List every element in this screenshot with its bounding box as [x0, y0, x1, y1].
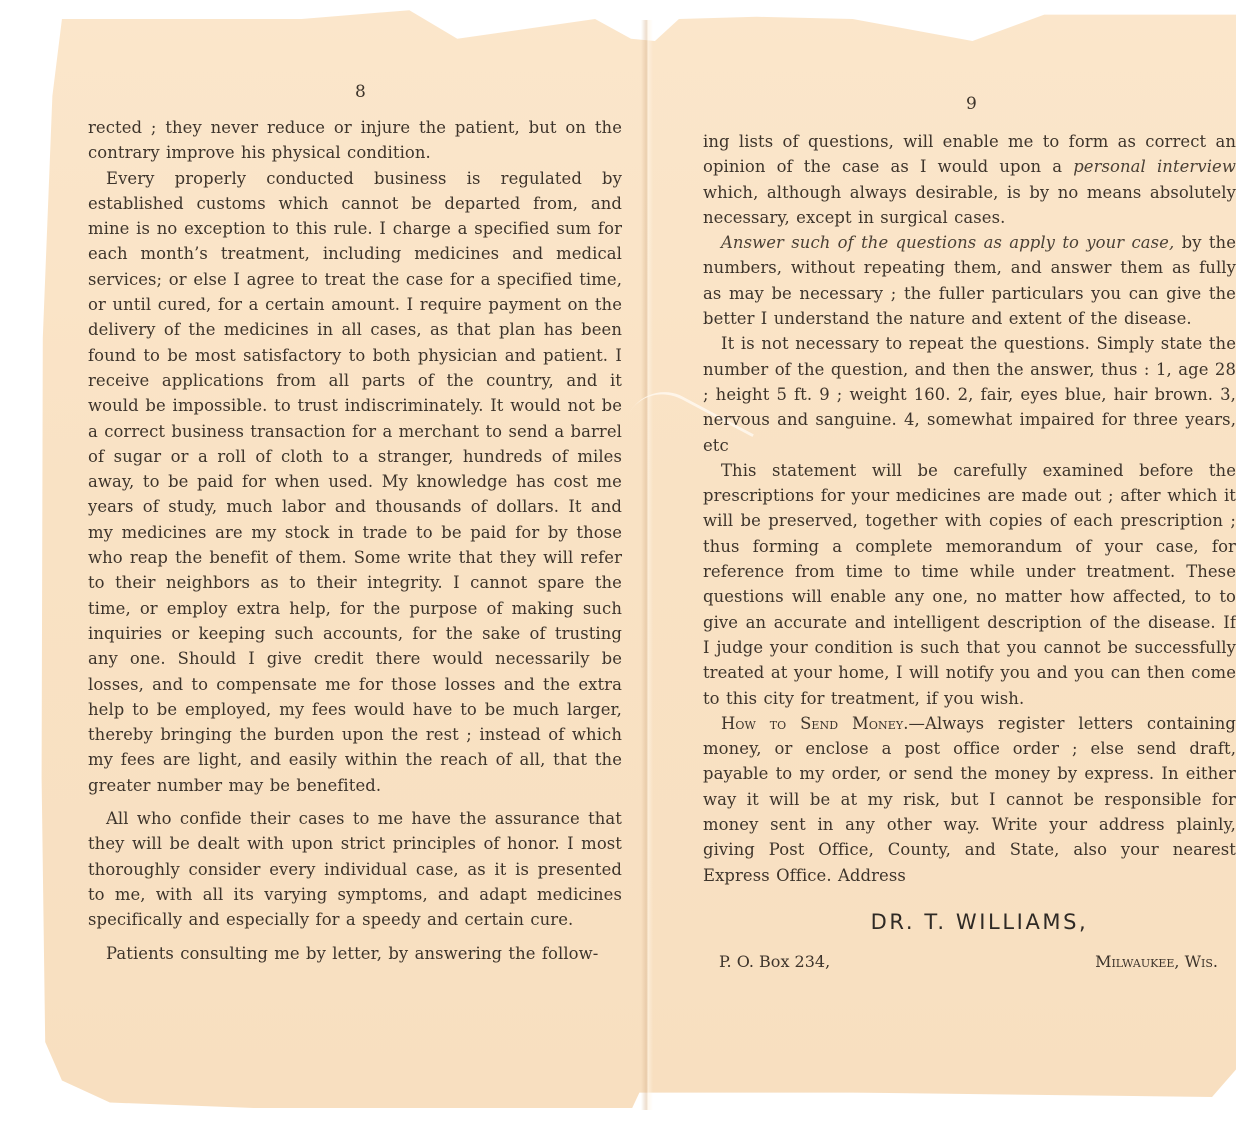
paragraph: How to Send Money.—Always register lette…	[703, 711, 1236, 888]
paragraph: Patients consulting me by letter, by ans…	[88, 941, 622, 966]
paragraph: It is not necessary to repeat the questi…	[703, 331, 1236, 457]
center-fold	[641, 20, 653, 1110]
paragraph: All who confide their cases to me have t…	[88, 806, 622, 932]
right-page-body: ing lists of questions, will enable me t…	[703, 129, 1236, 975]
left-page-body: rected ; they never reduce or injure the…	[88, 115, 622, 966]
italic-emphasis: personal interview	[1073, 157, 1236, 176]
italic-emphasis: Answer such of the questions as apply to…	[721, 233, 1174, 252]
paragraph: This statement will be carefully examine…	[703, 458, 1236, 711]
paragraph: ing lists of questions, will enable me t…	[703, 129, 1236, 230]
address-row: P. O. Box 234, Milwaukee, Wis.	[703, 949, 1236, 974]
paragraph: Answer such of the questions as apply to…	[703, 230, 1236, 331]
paragraph: Every properly conducted business is reg…	[88, 166, 622, 798]
paragraph-text: which, although always desirable, is by …	[703, 183, 1236, 227]
paragraph-text: —Always register letters containing mone…	[703, 714, 1236, 885]
section-heading: How to Send Money.	[721, 714, 909, 733]
city-state: Milwaukee, Wis.	[1095, 949, 1218, 974]
paragraph: rected ; they never reduce or injure the…	[88, 115, 622, 166]
signature-name: DR. T. WILLIAMS,	[703, 910, 1236, 935]
po-box: P. O. Box 234,	[719, 949, 830, 974]
page-number: 8	[355, 80, 366, 105]
page-number: 9	[966, 92, 977, 117]
